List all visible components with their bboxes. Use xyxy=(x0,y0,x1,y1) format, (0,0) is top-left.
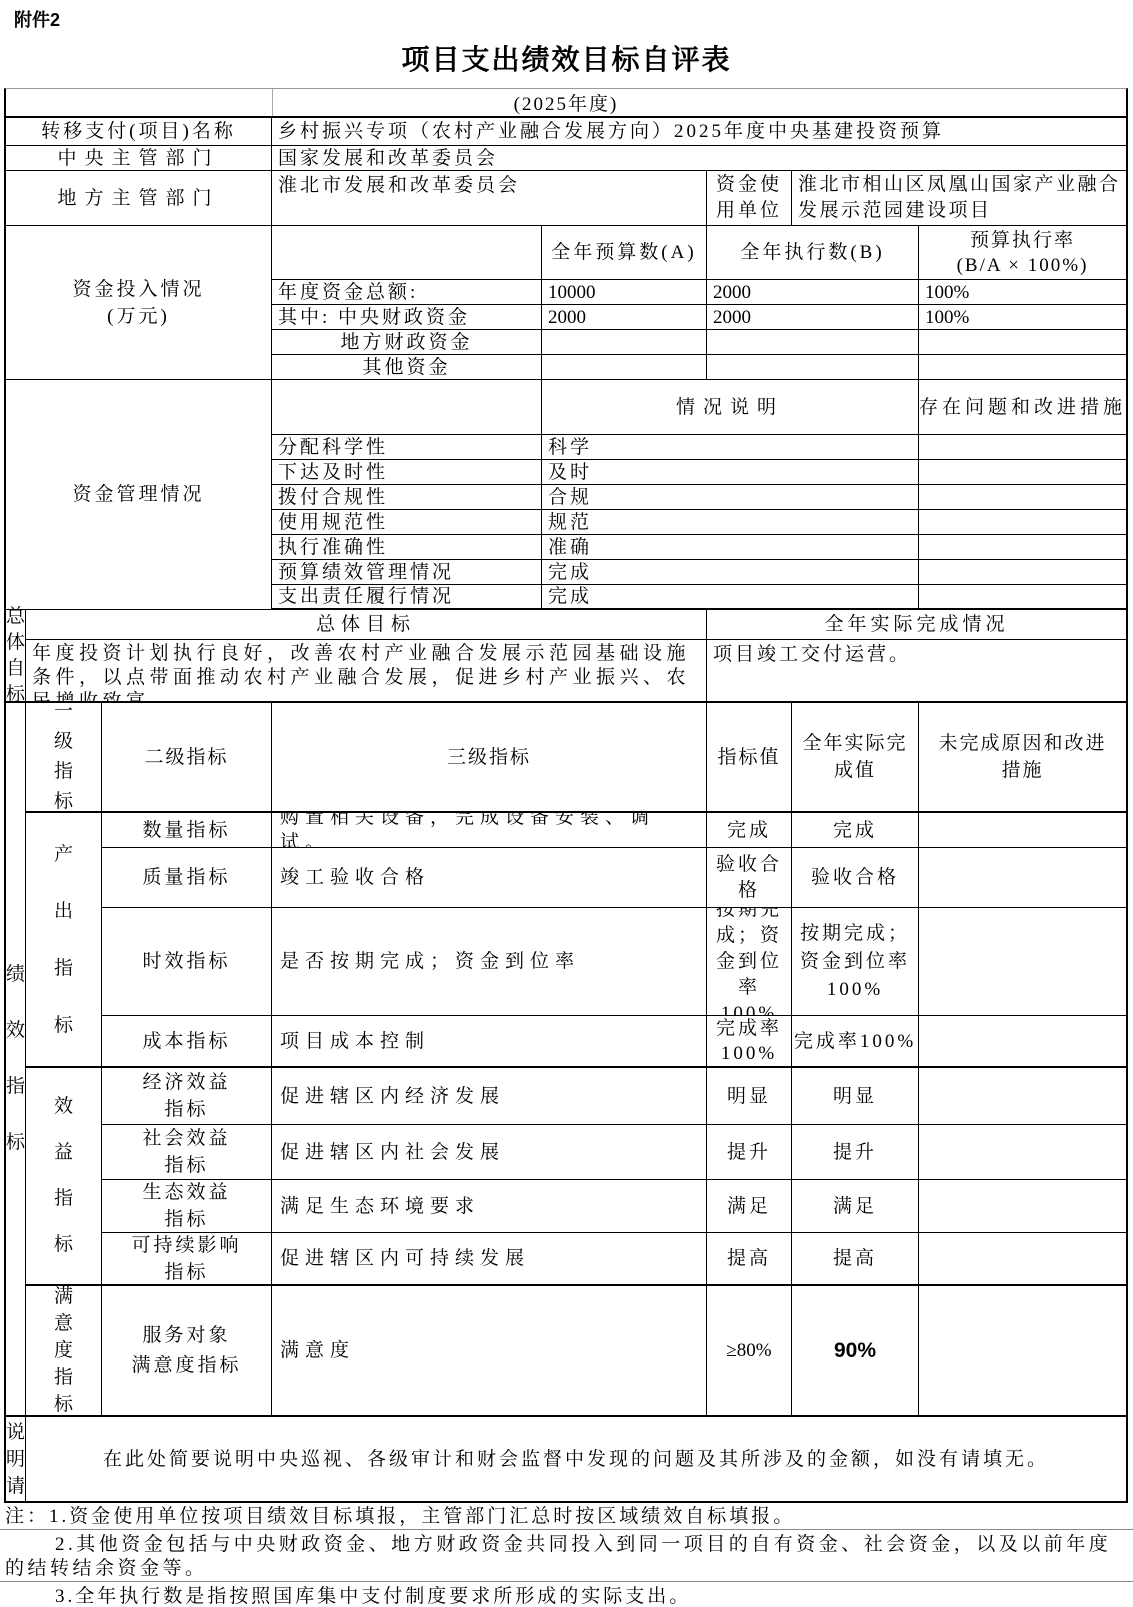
l2-label: 质量指标 xyxy=(102,848,272,908)
management-criterion: 拨付合规性 xyxy=(272,485,542,510)
funding-exec xyxy=(707,355,919,380)
indicator-reason xyxy=(919,1180,1126,1233)
management-section-label: 资金管理情况 xyxy=(6,380,272,610)
l1-group-label: 满意度指标 xyxy=(26,1286,102,1417)
funding-row-label: 地方财政资金 xyxy=(272,330,542,355)
self-evaluation-form: 附件2 项目支出绩效目标自评表 (2025年度) 转移支付(项目)名称 乡村振兴… xyxy=(0,0,1133,1607)
management-header-spacer xyxy=(272,380,542,435)
l3-text: 是否按期完成；资金到位率 xyxy=(272,908,707,1016)
indicator-actual: 满足 xyxy=(792,1180,919,1233)
funding-rate xyxy=(919,355,1126,380)
l3-text: 购置相关设备，完成设备安装、调试。 xyxy=(272,813,707,848)
l2-label: 经济效益 指标 xyxy=(102,1068,272,1125)
indicator-actual: 按期完成；资金到位率100% xyxy=(792,908,919,1016)
indicator-value: ≥80% xyxy=(707,1286,792,1417)
funding-rate: 100% xyxy=(919,305,1126,330)
management-issues xyxy=(919,560,1126,585)
funding-section: 资金投入情况 (万元) 全年预算数(A) 全年执行数(B) 预算执行率 (B/A… xyxy=(6,226,1126,380)
footnote-3: 3.全年执行数是指按照国库集中支付制度要求所形成的实际支出。 xyxy=(0,1582,1133,1607)
management-desc: 合规 xyxy=(542,485,919,510)
management-issues xyxy=(919,485,1126,510)
management-issues xyxy=(919,435,1126,460)
l3-text: 满足生态环境要求 xyxy=(272,1180,707,1233)
col-l1-header: 一级指标 xyxy=(26,703,102,813)
indicator-reason xyxy=(919,1233,1126,1286)
funding-row-label: 年度资金总额: xyxy=(272,280,542,305)
funding-header-spacer xyxy=(272,226,542,280)
management-col-desc: 情况说明 xyxy=(542,380,919,435)
overall-col-actual: 全年实际完成情况 xyxy=(707,610,1126,640)
col-value-header: 指标值 xyxy=(707,703,792,813)
management-issues xyxy=(919,460,1126,485)
col-l3-header: 三级指标 xyxy=(272,703,707,813)
col-l2-header: 二级指标 xyxy=(102,703,272,813)
l2-label: 可持续影响 指标 xyxy=(102,1233,272,1286)
l2-label: 服务对象 满意度指标 xyxy=(102,1286,272,1417)
dept-rows: 转移支付(项目)名称 乡村振兴专项（农村产业融合发展方向）2025年度中央基建投… xyxy=(6,118,1126,171)
funding-budget: 10000 xyxy=(542,280,707,305)
management-desc: 规范 xyxy=(542,510,919,535)
management-desc: 完成 xyxy=(542,560,919,585)
management-criterion: 使用规范性 xyxy=(272,510,542,535)
indicator-actual: 提高 xyxy=(792,1233,919,1286)
transfer-name-value: 乡村振兴专项（农村产业融合发展方向）2025年度中央基建投资预算 xyxy=(272,118,1126,146)
management-col-issues: 存在问题和改进措施 xyxy=(919,380,1126,435)
col-actual-header: 全年实际完成值 xyxy=(792,703,919,813)
l1-group-label: 效益指标 xyxy=(26,1068,102,1286)
funding-budget: 2000 xyxy=(542,305,707,330)
footnote-prefix: 注： xyxy=(5,1506,49,1527)
local-dept-label: 地方主管部门 xyxy=(6,171,272,226)
l3-text: 竣工验收合格 xyxy=(272,848,707,908)
l3-text: 促进辖区内经济发展 xyxy=(272,1068,707,1125)
indicator-value: 完成 xyxy=(707,813,792,848)
indicator-value: 满足 xyxy=(707,1180,792,1233)
management-criterion: 分配科学性 xyxy=(272,435,542,460)
attachment-label: 附件2 xyxy=(14,6,60,32)
footnote-1: 注：1.资金使用单位按项目绩效目标填报，主管部门汇总时按区域绩效自标填报。 xyxy=(0,1502,1133,1530)
funding-exec: 2000 xyxy=(707,305,919,330)
funding-budget xyxy=(542,330,707,355)
central-dept-value: 国家发展和改革委员会 xyxy=(272,146,1126,171)
period-row: (2025年度) xyxy=(6,89,1126,118)
indicator-actual: 提升 xyxy=(792,1125,919,1180)
form-title: 项目支出绩效目标自评表 xyxy=(0,38,1133,78)
indicator-reason xyxy=(919,1125,1126,1180)
funding-section-label: 资金投入情况 (万元) xyxy=(6,226,272,380)
indicator-reason xyxy=(919,908,1126,1016)
fund-user-value: 淮北市相山区凤凰山国家产业融合发展示范园建设项目 xyxy=(792,171,1126,226)
indicators-section: 绩效指标 一级指标 二级指标 三级指标 指标值 全年实际完成值 未完成原因和改进… xyxy=(6,703,1126,1417)
l3-text: 项目成本控制 xyxy=(272,1016,707,1068)
funding-budget xyxy=(542,355,707,380)
indicator-value: 明显 xyxy=(707,1068,792,1125)
overall-section: 总体自标 总体目标 全年实际完成情况 年度投资计划执行良好，改善农村产业融合发展… xyxy=(6,610,1126,703)
management-desc: 准确 xyxy=(542,535,919,560)
management-desc: 完成 xyxy=(542,585,919,610)
funding-rate xyxy=(919,330,1126,355)
management-criterion: 预算绩效管理情况 xyxy=(272,560,542,585)
l2-label: 社会效益 指标 xyxy=(102,1125,272,1180)
funding-exec: 2000 xyxy=(707,280,919,305)
footnote-2: 2.其他资金包括与中央财政资金、地方财政资金共同投入到同一项目的自有资金、社会资… xyxy=(0,1530,1133,1582)
indicator-value: 按期完成；资金到位率100% xyxy=(707,908,792,1016)
indicator-value: 提升 xyxy=(707,1125,792,1180)
indicator-reason xyxy=(919,1068,1126,1125)
management-issues xyxy=(919,585,1126,610)
local-dept-row: 地方主管部门 淮北市发展和改革委员会 资金使用单位 淮北市相山区凤凰山国家产业融… xyxy=(6,171,1126,226)
funding-col-budget: 全年预算数(A) xyxy=(542,226,707,280)
indicator-value: 验收合格 xyxy=(707,848,792,908)
l3-text: 促进辖区内社会发展 xyxy=(272,1125,707,1180)
management-desc: 及时 xyxy=(542,460,919,485)
indicator-reason xyxy=(919,1016,1126,1068)
footnotes: 注：1.资金使用单位按项目绩效目标填报，主管部门汇总时按区域绩效自标填报。 2.… xyxy=(0,1502,1133,1607)
remarks-section: 说明请 在此处简要说明中央巡视、各级审计和财会监督中发现的问题及其所涉及的金额，… xyxy=(6,1417,1126,1501)
funding-exec xyxy=(707,330,919,355)
indicators-side-label: 绩效指标 xyxy=(6,703,26,1417)
overall-goal-text: 年度投资计划执行良好，改善农村产业融合发展示范园基础设施条件，以点带面推动农村产… xyxy=(26,640,707,703)
l2-label: 数量指标 xyxy=(102,813,272,848)
local-dept-value: 淮北市发展和改革委员会 xyxy=(272,171,707,226)
indicator-actual: 验收合格 xyxy=(792,848,919,908)
funding-rate: 100% xyxy=(919,280,1126,305)
management-criterion: 下达及时性 xyxy=(272,460,542,485)
management-desc: 科学 xyxy=(542,435,919,460)
indicator-reason xyxy=(919,813,1126,848)
col-reason-header: 未完成原因和改进措施 xyxy=(919,703,1126,813)
funding-col-rate: 预算执行率 (B/A × 100%) xyxy=(919,226,1126,280)
l2-label: 生态效益 指标 xyxy=(102,1180,272,1233)
form-table: (2025年度) 转移支付(项目)名称 乡村振兴专项（农村产业融合发展方向）20… xyxy=(4,88,1128,1503)
l2-label: 成本指标 xyxy=(102,1016,272,1068)
indicator-value: 完成率100% xyxy=(707,1016,792,1068)
overall-actual-text: 项目竣工交付运营。 xyxy=(707,640,1126,703)
remarks-side-label: 说明请 xyxy=(6,1417,26,1501)
l1-group-label: 产出指标 xyxy=(26,813,102,1068)
indicator-actual: 完成 xyxy=(792,813,919,848)
management-issues xyxy=(919,535,1126,560)
remarks-text: 在此处简要说明中央巡视、各级审计和财会监督中发现的问题及其所涉及的金额，如没有请… xyxy=(26,1417,1126,1501)
management-section: 资金管理情况 情况说明 存在问题和改进措施 分配科学性 科学 下达及时性 及时 … xyxy=(6,380,1126,610)
funding-row-label: 其他资金 xyxy=(272,355,542,380)
management-criterion: 执行准确性 xyxy=(272,535,542,560)
indicator-reason xyxy=(919,848,1126,908)
overall-col-goal: 总体目标 xyxy=(26,610,707,640)
management-criterion: 支出责任履行情况 xyxy=(272,585,542,610)
indicator-actual: 明显 xyxy=(792,1068,919,1125)
funding-col-exec: 全年执行数(B) xyxy=(707,226,919,280)
overall-side-label: 总体自标 xyxy=(6,610,26,703)
indicator-actual: 90% xyxy=(792,1286,919,1417)
transfer-name-label: 转移支付(项目)名称 xyxy=(6,118,272,146)
management-issues xyxy=(919,510,1126,535)
l3-text: 促进辖区内可持续发展 xyxy=(272,1233,707,1286)
central-dept-label: 中央主管部门 xyxy=(6,146,272,171)
indicator-actual: 完成率100% xyxy=(792,1016,919,1068)
fund-user-label: 资金使用单位 xyxy=(707,171,792,226)
l3-text: 满意度 xyxy=(272,1286,707,1417)
period-label: (2025年度) xyxy=(6,89,1126,116)
l2-label: 时效指标 xyxy=(102,908,272,1016)
indicator-value: 提高 xyxy=(707,1233,792,1286)
funding-row-label: 其中: 中央财政资金 xyxy=(272,305,542,330)
indicator-reason xyxy=(919,1286,1126,1417)
